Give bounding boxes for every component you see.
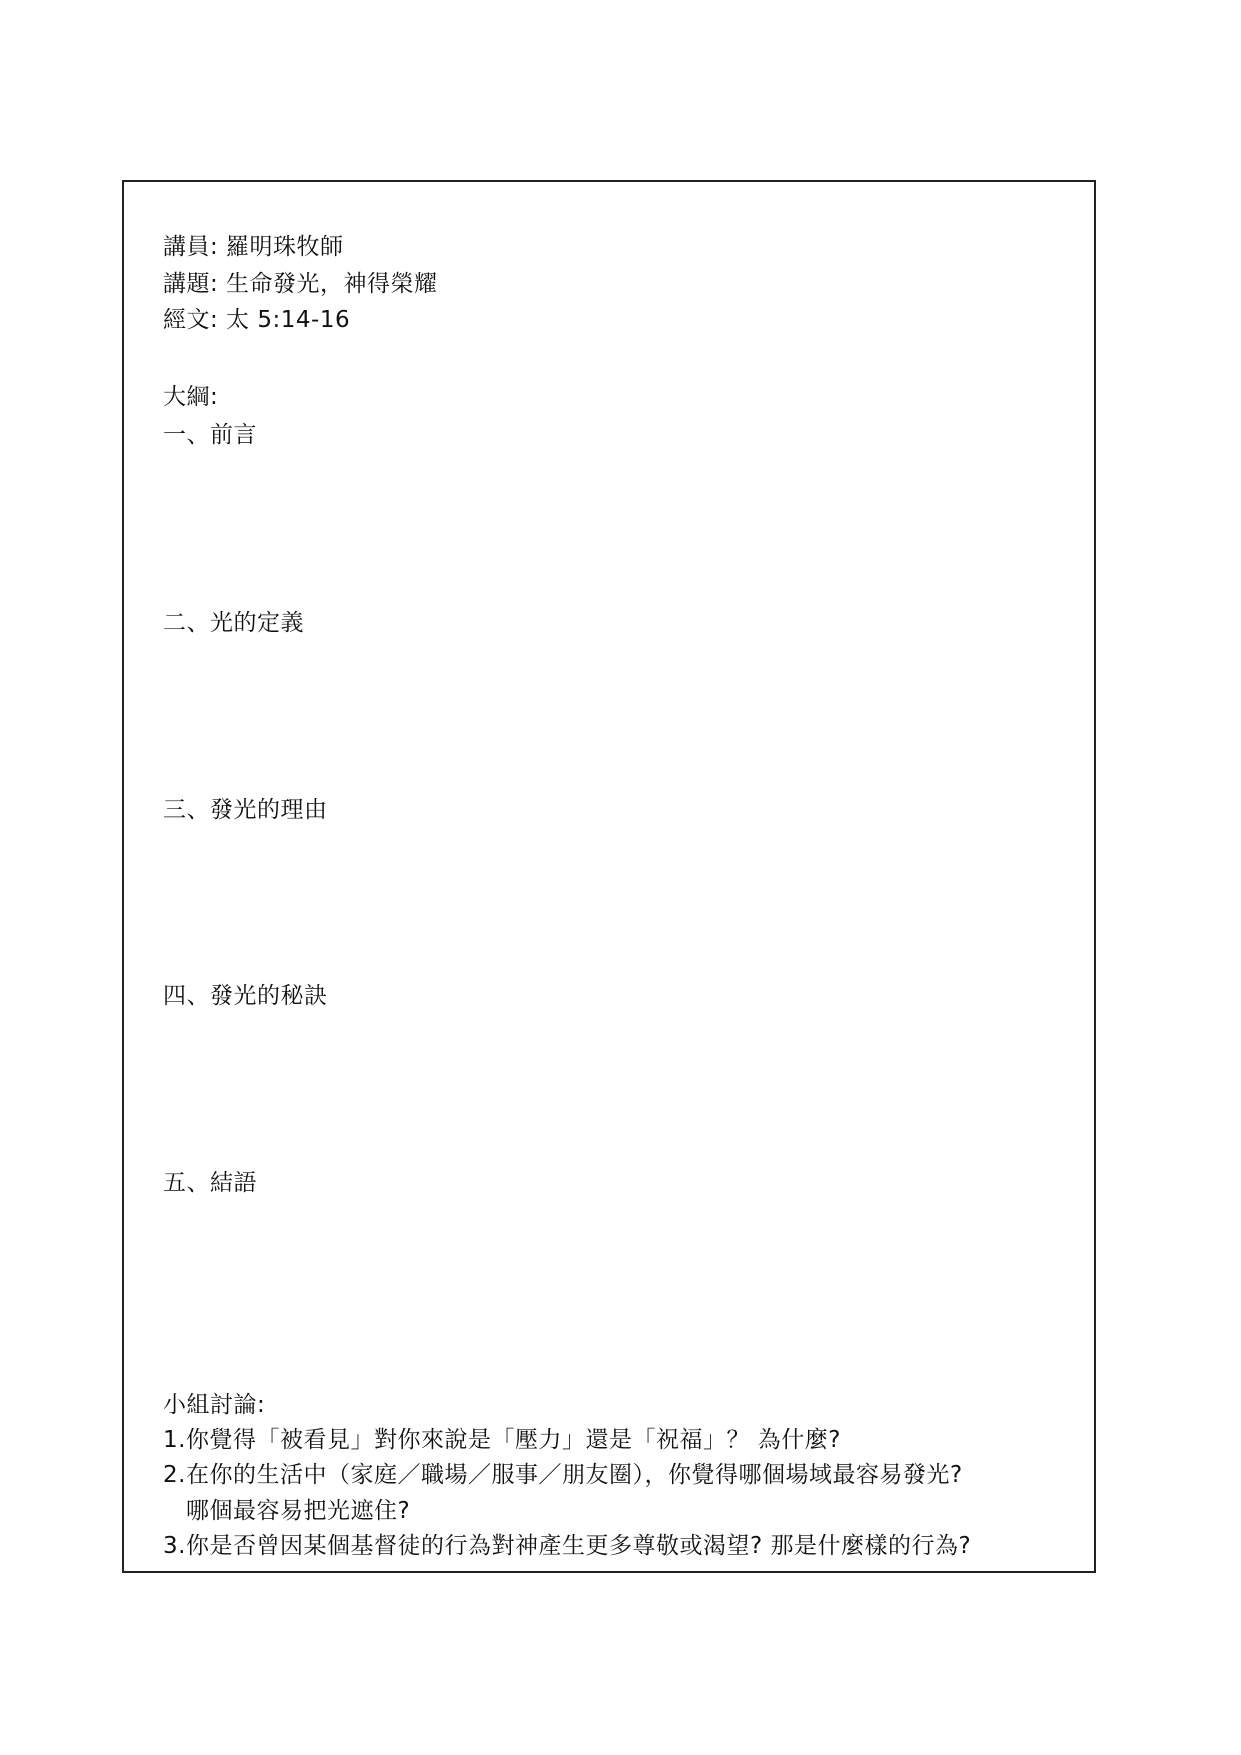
discussion-question-2: 2.在你的生活中（家庭／職場／服事／朋友圈），你覺得哪個場域最容易發光? xyxy=(163,1460,963,1490)
outline-section-2: 二、光的定義 xyxy=(163,608,304,638)
worksheet-frame xyxy=(122,180,1096,1573)
discussion-question-3: 3.你是否曾因某個基督徒的行為對神產生更多尊敬或渴望? 那是什麼樣的行為? xyxy=(163,1531,971,1561)
outline-section-4: 四、發光的秘訣 xyxy=(163,981,328,1011)
discussion-question-2-continued: 哪個最容易把光遮住? xyxy=(186,1496,410,1526)
discussion-title: 小組討論: xyxy=(163,1390,265,1420)
scripture-line: 經文: 太 5:14-16 xyxy=(163,305,350,335)
outline-section-3: 三、發光的理由 xyxy=(163,795,328,825)
outline-section-1: 一、前言 xyxy=(163,420,257,450)
speaker-line: 講員: 羅明珠牧師 xyxy=(163,232,344,262)
topic-line: 講題: 生命發光，神得榮耀 xyxy=(163,269,438,299)
discussion-question-1: 1.你覺得「被看見」對你來說是「壓力」還是「祝福」？ 為什麼? xyxy=(163,1425,841,1455)
outline-section-5: 五、結語 xyxy=(163,1168,257,1198)
outline-title: 大綱: xyxy=(163,382,218,412)
